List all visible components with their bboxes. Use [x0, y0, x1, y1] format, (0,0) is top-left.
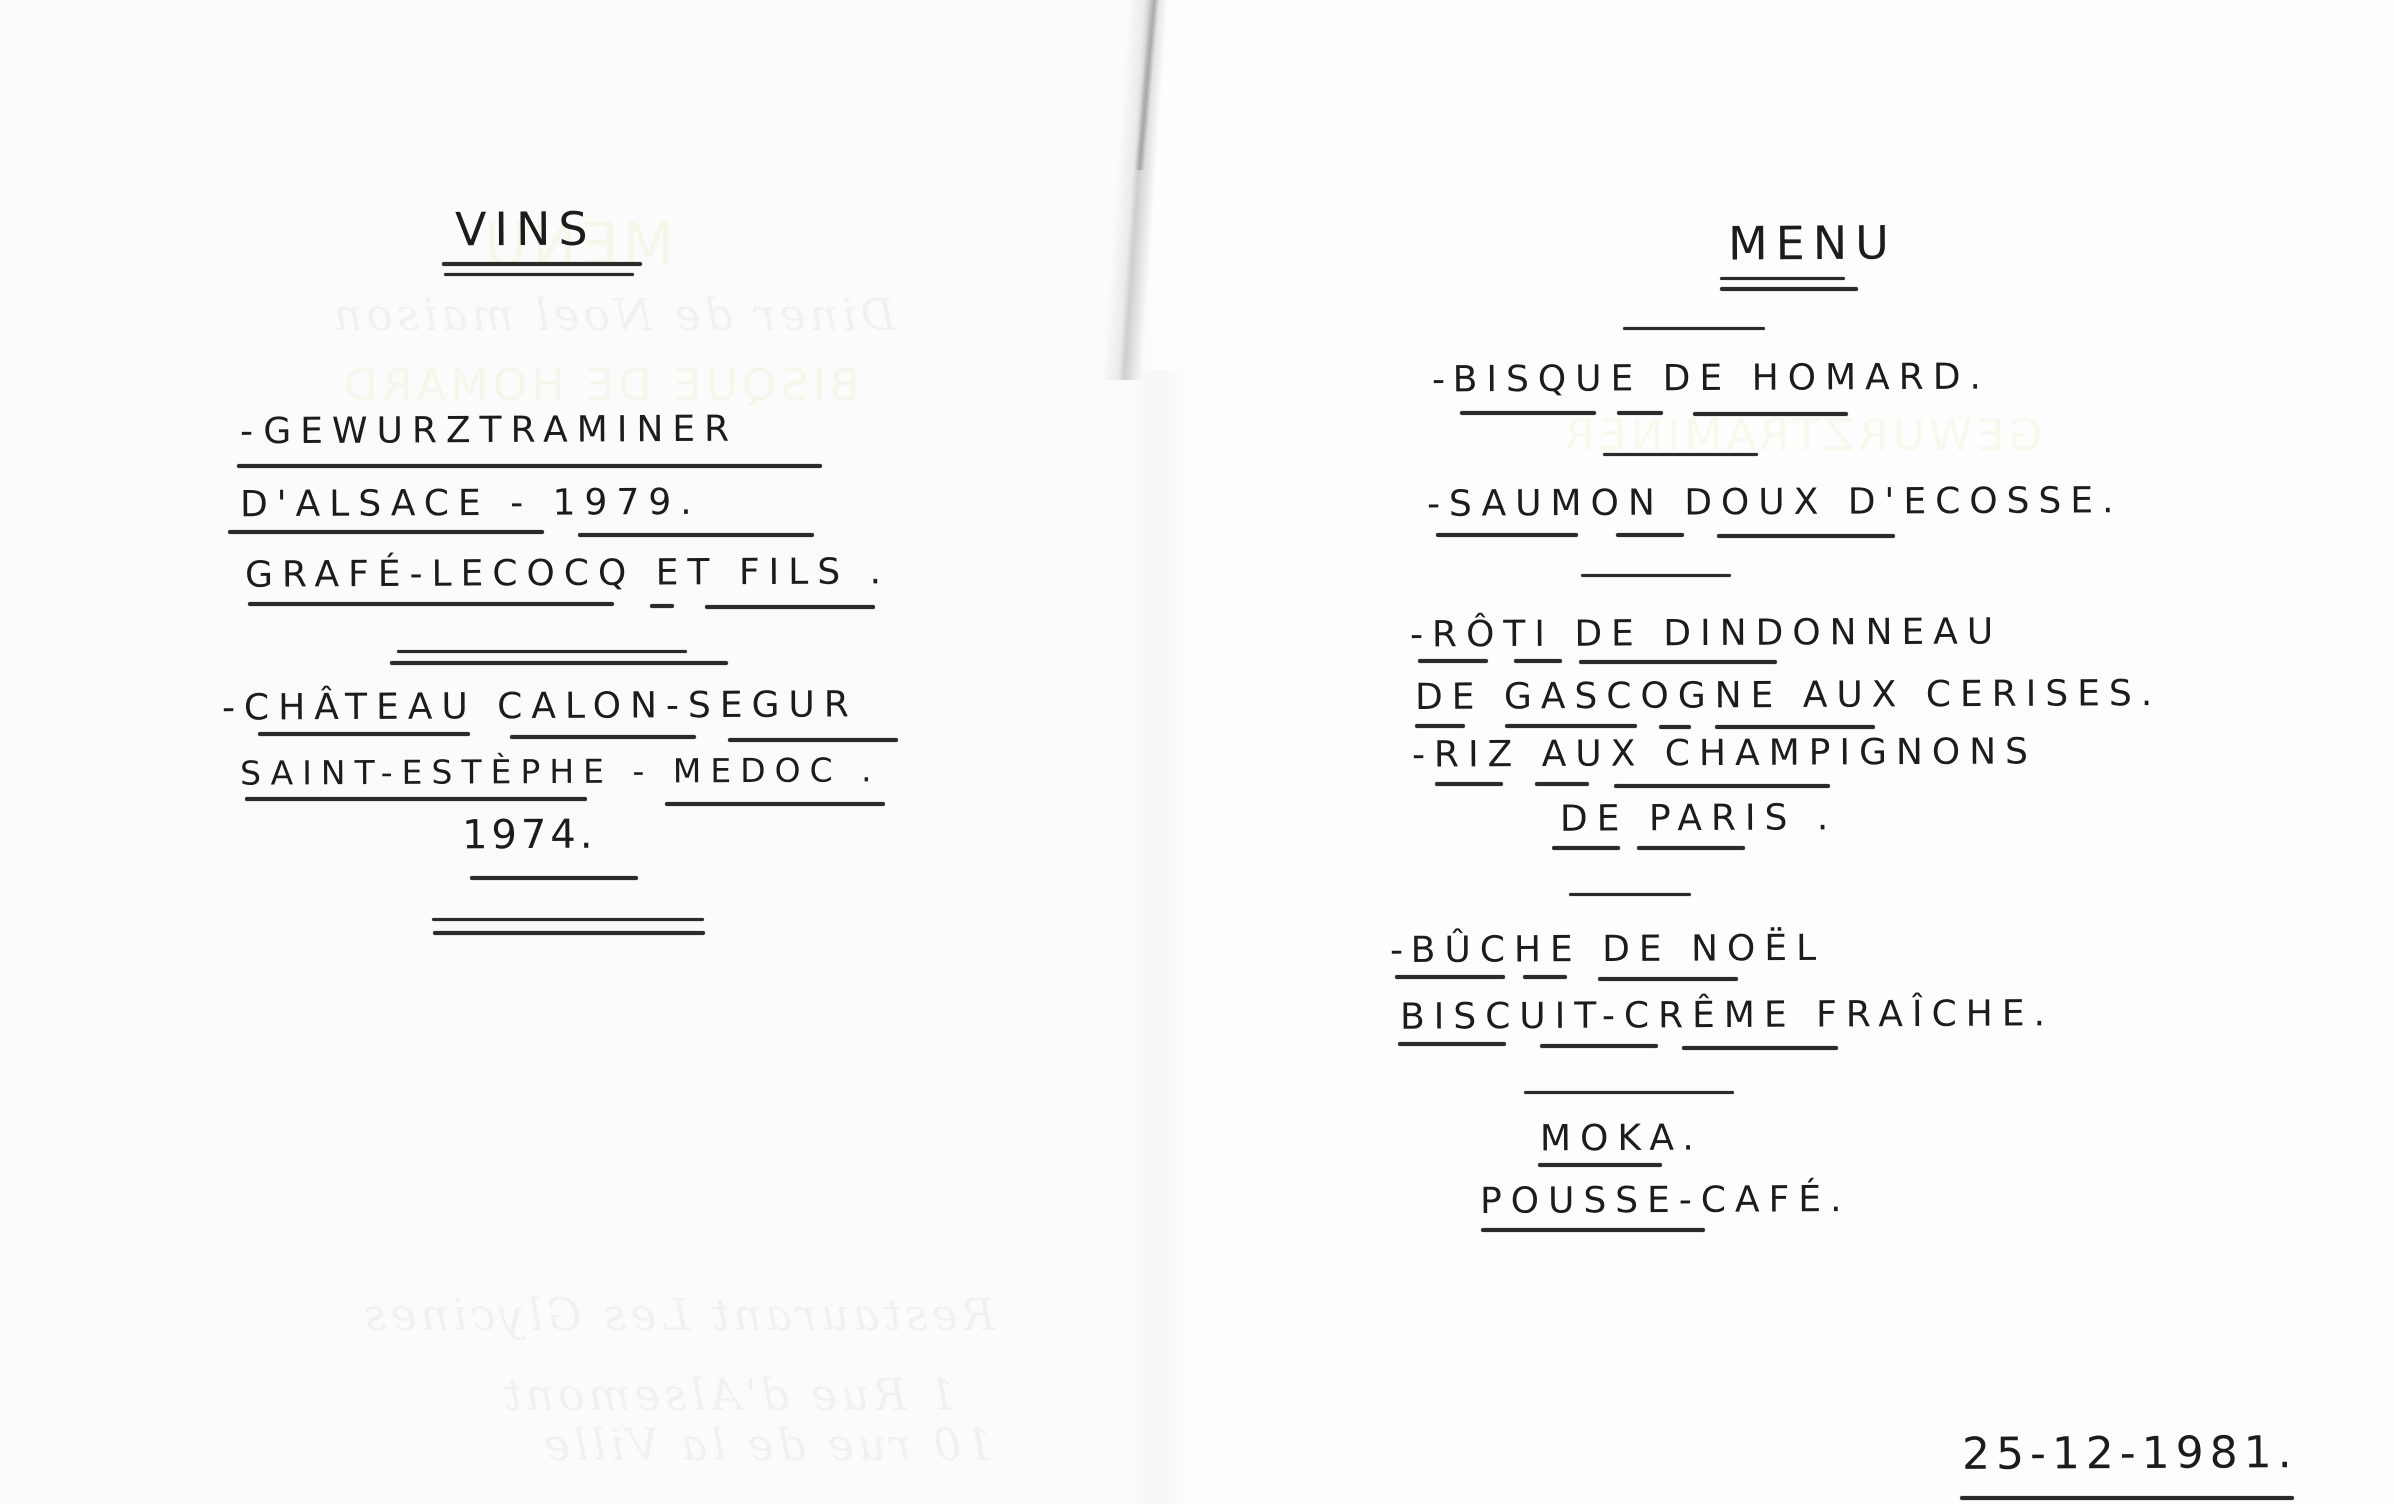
underline: [1436, 533, 1578, 537]
underline: [1523, 975, 1567, 979]
section-divider: [433, 931, 705, 935]
section-divider: [1623, 327, 1765, 330]
underline: [1505, 724, 1637, 728]
underline: [705, 605, 875, 609]
underline: [728, 738, 898, 742]
underline: [1395, 975, 1505, 979]
heading-underline: [444, 273, 634, 276]
course-buche-line-2: BISCUIT-CRÊME FRAÎCHE.: [1400, 993, 2054, 1037]
underline: [1616, 533, 1684, 537]
show-through-ghost: BISQUE DE HOMARD: [340, 360, 860, 411]
underline: [1715, 725, 1875, 729]
underline: [1552, 846, 1620, 850]
wine-2-line-2: SAINT-ESTÈPHE - MEDOC .: [240, 750, 881, 792]
section-divider: [397, 650, 687, 653]
underline: [1415, 724, 1465, 728]
section-divider: [1524, 1091, 1734, 1094]
heading-underline: [442, 262, 642, 266]
underline: [1460, 411, 1596, 415]
course-roti-line-2: DE GASCOGNE AUX CERISES.: [1415, 673, 2161, 718]
underline: [1398, 1042, 1506, 1046]
section-divider: [1603, 453, 1758, 456]
underline: [1514, 659, 1562, 663]
underline: [258, 732, 470, 736]
menu-heading: MENU: [1728, 216, 1897, 271]
course-bisque: -BISQUE DE HOMARD.: [1432, 357, 1990, 401]
section-divider: [390, 661, 728, 665]
underline: [1579, 660, 1777, 664]
show-through-ghost: Restaurant Les Glycines: [360, 1290, 995, 1341]
underline: [1540, 1044, 1658, 1048]
wine-1-line-2: D'ALSACE - 1979.: [240, 482, 701, 525]
section-divider: [1581, 574, 1731, 577]
course-saumon: -SAUMON DOUX D'ECOSSE.: [1427, 480, 2123, 525]
underline: [1538, 1163, 1662, 1167]
underline: [248, 602, 614, 606]
underline: [1435, 782, 1503, 786]
underline: [1717, 534, 1895, 538]
course-pousse-cafe: POUSSE-CAFÉ.: [1480, 1179, 1851, 1222]
wine-1-line-3: GRAFÉ-LECOCQ ET FILS .: [245, 551, 890, 595]
underline: [1535, 782, 1589, 786]
section-divider: [432, 918, 704, 921]
date-underline: [1960, 1496, 2294, 1500]
underline: [650, 604, 674, 608]
course-moka: MOKA.: [1540, 1118, 1703, 1160]
course-riz-line-1: -RIZ AUX CHAMPIGNONS: [1412, 731, 2037, 775]
underline: [470, 876, 638, 880]
wine-2-line-1: -CHÂTEAU CALON-SEGUR: [222, 684, 858, 728]
underline: [578, 533, 814, 537]
underline: [1617, 411, 1663, 415]
underline: [1682, 1046, 1838, 1050]
heading-underline: [1720, 277, 1845, 280]
course-riz-line-2: DE PARIS .: [1560, 797, 1838, 839]
underline: [1418, 659, 1488, 663]
underline: [1637, 846, 1745, 850]
underline: [245, 797, 587, 801]
show-through-ghost: 1 Rue d'Alsemont: [500, 1370, 956, 1421]
underline: [228, 530, 544, 534]
course-buche-line-1: -BÛCHE DE NOËL: [1390, 928, 1825, 971]
wine-2-vintage: 1974.: [462, 812, 597, 859]
underline: [1598, 977, 1738, 981]
underline: [1693, 412, 1848, 416]
underline: [1481, 1228, 1705, 1232]
show-through-ghost: Diner de Noel maison: [330, 290, 895, 341]
page-fold-shadow: [1130, 370, 1190, 1504]
wine-1-line-1: -GEWURZTRAMINER: [240, 409, 738, 453]
show-through-ghost: 10 rue de la Ville: [540, 1420, 993, 1471]
underline: [665, 802, 885, 806]
course-roti-line-1: -RÔTI DE DINDONNEAU: [1410, 611, 2002, 655]
underline: [1614, 784, 1830, 788]
section-divider: [1569, 893, 1691, 896]
menu-date: 25-12-1981.: [1962, 1427, 2298, 1480]
wines-heading: VINS: [455, 202, 596, 257]
underline: [510, 735, 696, 739]
heading-underline: [1720, 287, 1858, 291]
underline: [1659, 725, 1691, 729]
underline: [237, 464, 822, 468]
